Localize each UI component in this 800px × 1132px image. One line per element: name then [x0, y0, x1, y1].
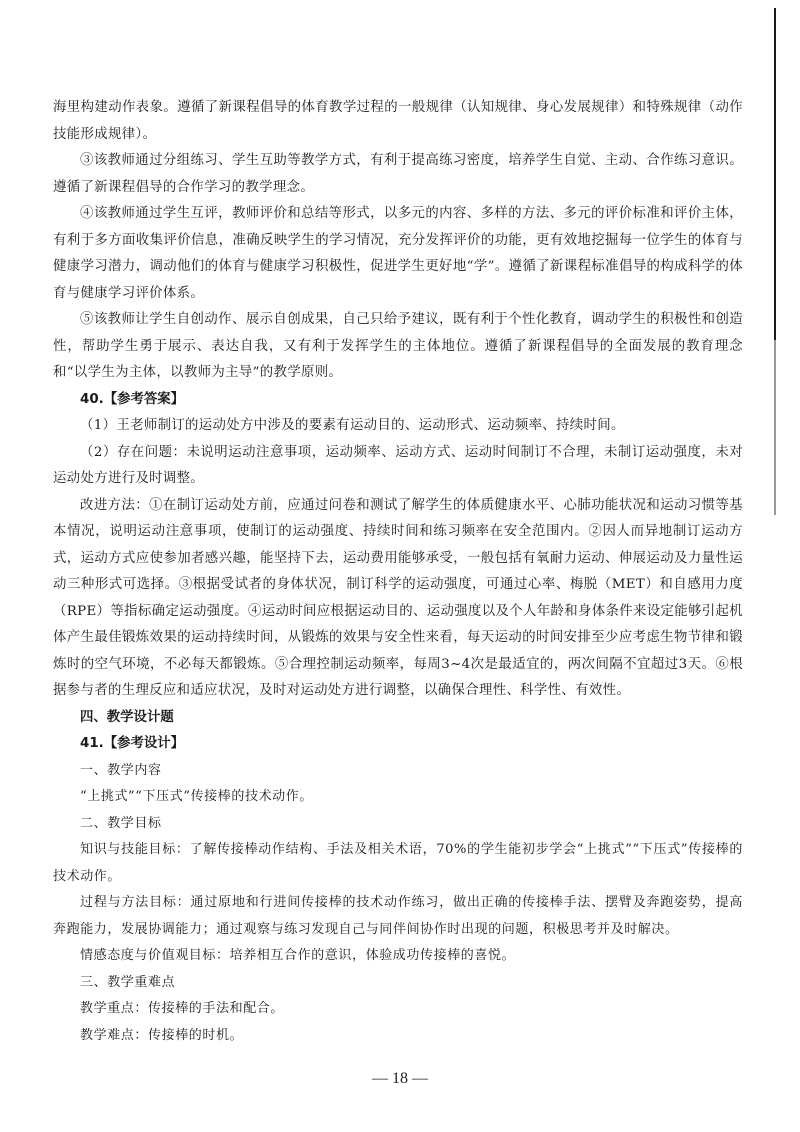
goal-process-method: 过程与方法目标：通过原地和行进间传接棒的技术动作练习，做出正确的传接棒手法、摆臂… [53, 890, 743, 943]
q41-heading: 41.【参考设计】 [53, 731, 743, 758]
scan-edge-line [774, 8, 776, 340]
scan-edge-line-faded [774, 340, 776, 515]
q40-answer-1: （1）王老师制订的运动处方中涉及的要素有运动目的、运动形式、运动频率、持续时间。 [53, 413, 743, 440]
q40-improvement: 改进方法：①在制订运动处方前，应通过问卷和测试了解学生的体质健康水平、心肺功能状… [53, 493, 743, 705]
difficult-point: 教学难点：传接棒的时机。 [53, 1023, 743, 1050]
goal-emotion-values: 情感态度与价值观目标：培养相互合作的意识，体验成功传接棒的喜悦。 [53, 943, 743, 970]
paragraph-continuation: 海里构建动作表象。遵循了新课程倡导的体育教学过程的一般规律（认知规律、身心发展规… [53, 95, 743, 148]
key-difficult-points-title: 三、教学重难点 [53, 970, 743, 997]
paragraph-point-3: ③该教师通过分组练习、学生互助等教学方式，有利于提高练习密度，培养学生自觉、主动… [53, 148, 743, 201]
teaching-goals-title: 二、教学目标 [53, 811, 743, 838]
paragraph-point-4: ④该教师通过学生互评，教师评价和总结等形式，以多元的内容、多样的方法、多元的评价… [53, 201, 743, 307]
section-4-heading: 四、教学设计题 [53, 705, 743, 732]
page-number: — 18 — [0, 1070, 800, 1088]
q40-answer-2: （2）存在问题：未说明运动注意事项，运动频率、运动方式、运动时间制订不合理，未制… [53, 440, 743, 493]
key-point: 教学重点：传接棒的手法和配合。 [53, 996, 743, 1023]
teaching-content-title: 一、教学内容 [53, 758, 743, 785]
paragraph-point-5: ⑤该教师让学生自创动作、展示自创成果，自己只给予建议，既有利于个性化教育，调动学… [53, 307, 743, 387]
document-page: 海里构建动作表象。遵循了新课程倡导的体育教学过程的一般规律（认知规律、身心发展规… [53, 95, 743, 1049]
q40-heading: 40.【参考答案】 [53, 387, 743, 414]
teaching-content-text: “上挑式”“下压式”传接棒的技术动作。 [53, 784, 743, 811]
goal-knowledge-skill: 知识与技能目标：了解传接棒动作结构、手法及相关术语，70%的学生能初步学会“上挑… [53, 837, 743, 890]
